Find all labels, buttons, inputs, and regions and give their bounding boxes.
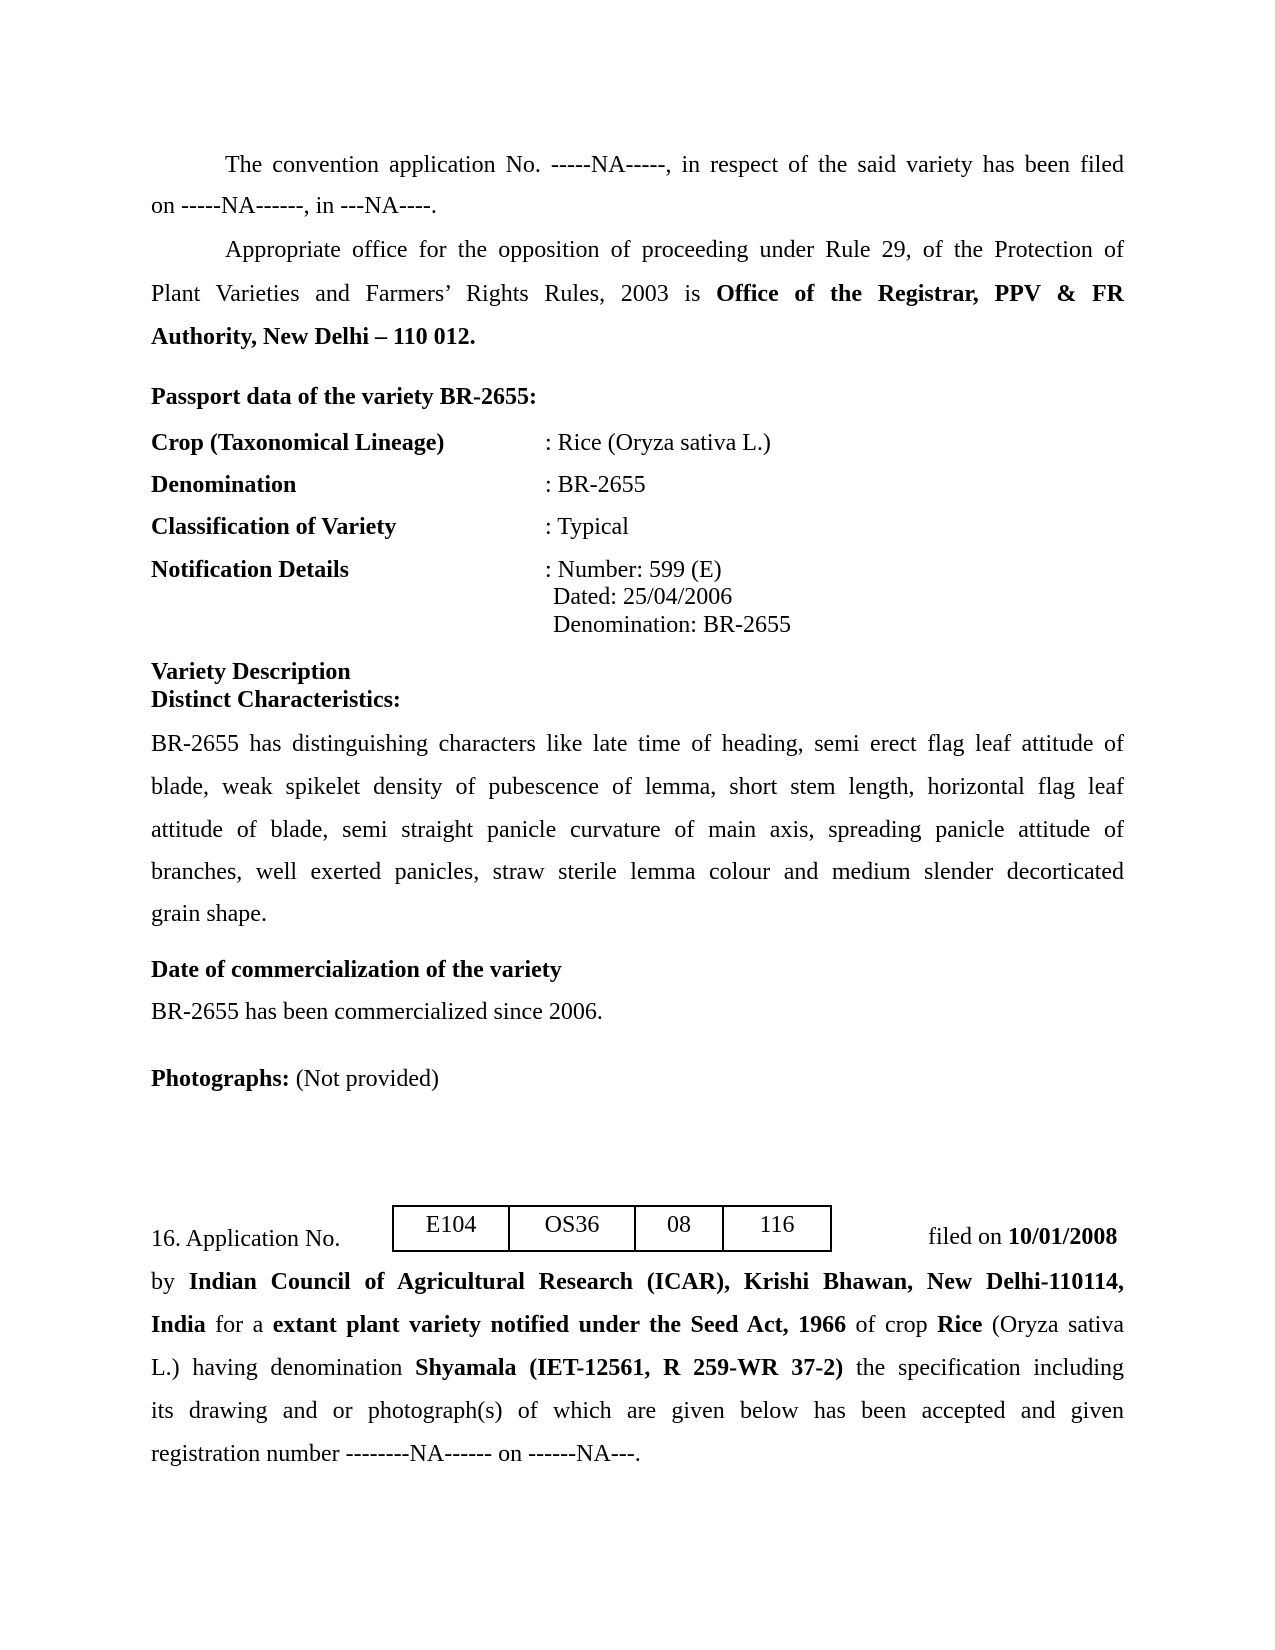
text: the specification including xyxy=(843,1355,1124,1381)
classification-value: : Typical xyxy=(545,513,629,541)
description-line: blade, weak spikelet density of pubescen… xyxy=(151,773,1124,801)
country: India xyxy=(151,1312,206,1338)
commercialization-heading: Date of commercialization of the variety xyxy=(151,956,1124,984)
text: Appropriate office for the opposition of… xyxy=(225,237,1124,263)
text: by xyxy=(151,1269,189,1295)
photographs-value: (Not provided) xyxy=(290,1066,439,1092)
notification-date: Dated: 25/04/2006 xyxy=(553,583,732,611)
text: of crop xyxy=(846,1312,937,1338)
filed-on: filed on 10/01/2008 xyxy=(928,1223,1117,1251)
registrar-office: Office of the Registrar, PPV & FR xyxy=(716,281,1124,307)
application-line-2: by Indian Council of Agricultural Resear… xyxy=(151,1268,1124,1296)
application-number-part: OS36 xyxy=(509,1206,635,1251)
crop-value: : Rice (Oryza sativa L.) xyxy=(545,429,771,457)
text: BR-2655 has distinguishing characters li… xyxy=(151,731,1124,757)
opposition-office-line-3: Authority, New Delhi – 110 012. xyxy=(151,323,1124,351)
crop-name: Rice xyxy=(937,1312,982,1338)
convention-application-line-2: on -----NA------, in ---NA----. xyxy=(151,192,1124,220)
passport-heading: Passport data of the variety BR-2655: xyxy=(151,383,1124,411)
photographs-label: Photographs: xyxy=(151,1066,290,1092)
variety-denomination: Shyamala (IET-12561, R 259-WR 37-2) xyxy=(415,1355,843,1381)
application-line-6: registration number --------NA------ on … xyxy=(151,1440,1124,1468)
commercialization-text: BR-2655 has been commercialized since 20… xyxy=(151,998,1124,1026)
text: its drawing and or photograph(s) of whic… xyxy=(151,1398,1124,1424)
denomination-label: Denomination xyxy=(151,471,296,499)
opposition-office-line-2: Plant Varieties and Farmers’ Rights Rule… xyxy=(151,280,1124,308)
opposition-office-line-1: Appropriate office for the opposition of… xyxy=(151,236,1124,264)
distinct-characteristics-heading: Distinct Characteristics: xyxy=(151,686,1124,714)
text: blade, weak spikelet density of pubescen… xyxy=(151,774,1124,800)
application-line-3: India for a extant plant variety notifie… xyxy=(151,1311,1124,1339)
text: branches, well exerted panicles, straw s… xyxy=(151,859,1124,885)
text: (Oryza sativa xyxy=(982,1312,1124,1338)
description-line: branches, well exerted panicles, straw s… xyxy=(151,858,1124,886)
applicant-name: Indian Council of Agricultural Research … xyxy=(189,1269,1124,1295)
text: for a xyxy=(206,1312,273,1338)
text: attitude of blade, semi straight panicle… xyxy=(151,817,1124,843)
variety-description-heading: Variety Description xyxy=(151,658,1124,686)
text: L.) having denomination xyxy=(151,1355,415,1381)
notification-label: Notification Details xyxy=(151,556,349,584)
description-line: grain shape. xyxy=(151,900,1124,928)
crop-label: Crop (Taxonomical Lineage) xyxy=(151,429,444,457)
denomination-value: : BR-2655 xyxy=(545,471,646,499)
text: Plant Varieties and Farmers’ Rights Rule… xyxy=(151,281,716,307)
application-number-part: E104 xyxy=(393,1206,509,1251)
variety-type: extant plant variety notified under the … xyxy=(273,1312,846,1338)
photographs-line: Photographs: (Not provided) xyxy=(151,1065,1124,1093)
notification-number: : Number: 599 (E) xyxy=(545,556,722,584)
notification-denomination: Denomination: BR-2655 xyxy=(553,611,791,639)
application-number-table: E104 OS36 08 116 xyxy=(392,1205,832,1252)
filed-on-date: 10/01/2008 xyxy=(1008,1224,1117,1250)
application-line-5: its drawing and or photograph(s) of whic… xyxy=(151,1397,1124,1425)
convention-application-line-1: The convention application No. -----NA--… xyxy=(151,151,1124,179)
application-number-part: 08 xyxy=(635,1206,723,1251)
classification-label: Classification of Variety xyxy=(151,513,396,541)
description-line: attitude of blade, semi straight panicle… xyxy=(151,816,1124,844)
text: The convention application No. -----NA--… xyxy=(225,152,1124,178)
filed-on-label: filed on xyxy=(928,1224,1008,1250)
application-number-label: 16. Application No. xyxy=(151,1225,340,1253)
application-line-4: L.) having denomination Shyamala (IET-12… xyxy=(151,1354,1124,1382)
application-number-part: 116 xyxy=(723,1206,831,1251)
description-line: BR-2655 has distinguishing characters li… xyxy=(151,730,1124,758)
